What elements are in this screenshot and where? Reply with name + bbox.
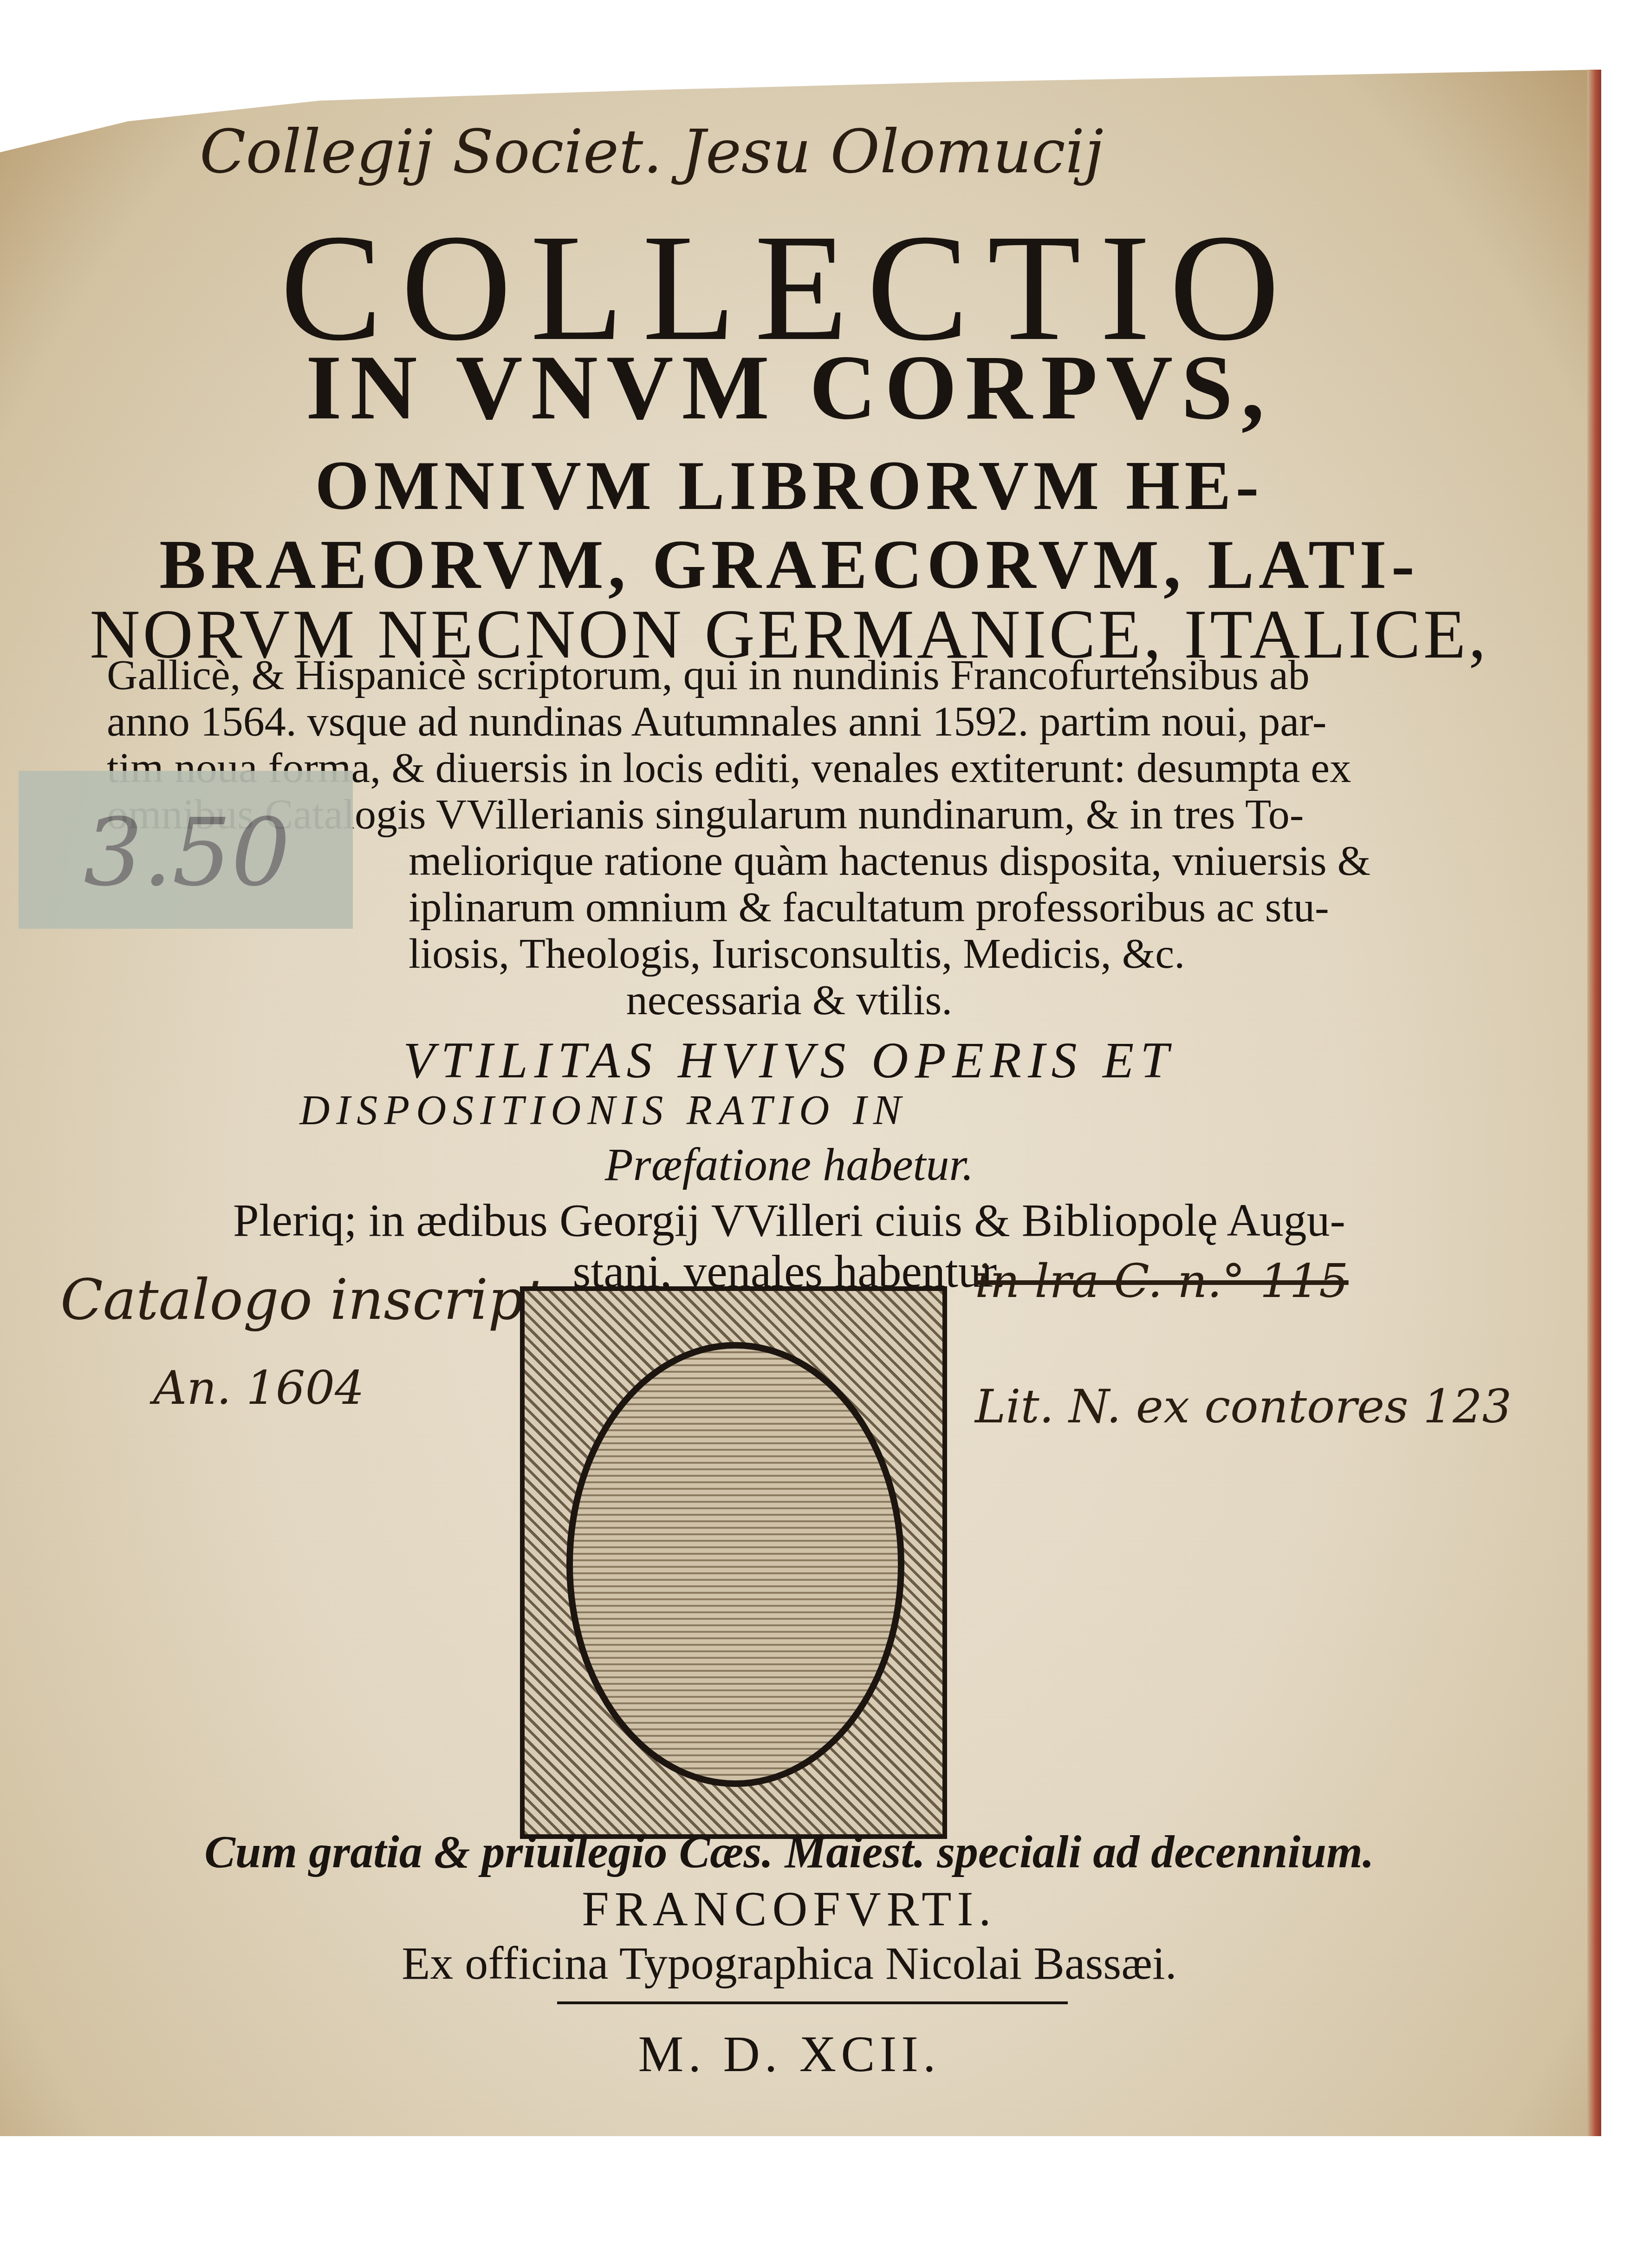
utility-line-3: Præfatione habetur.: [70, 1138, 1509, 1191]
fortuna-oval: [566, 1342, 904, 1787]
ownership-inscription: Collegij Societ. Jesu Olomucij: [200, 116, 1104, 187]
title-line-3: OMNIVM LIBRORVM HE-: [70, 446, 1509, 526]
year-note: An. 1604: [153, 1361, 364, 1415]
imprint-printer: Ex officina Typographica Nicolai Bassæi.: [70, 1936, 1509, 1990]
body-line: necessaria & vtilis.: [70, 975, 1509, 1024]
utility-line-2: DISPOSITIONIS RATIO IN: [70, 1087, 1137, 1134]
red-page-edge: [1587, 70, 1601, 2136]
divider-rule: [557, 2001, 1068, 2004]
sale-line-1: Pleriq; in ædibus Georgij VVilleri ciuis…: [70, 1193, 1509, 1247]
utility-line-1: VTILITAS HVIVS OPERIS ET: [70, 1031, 1509, 1090]
body-line: iplinarum omnium & facultatum professori…: [409, 882, 1453, 932]
body-line: Gallicè, & Hispanicè scriptorum, qui in …: [107, 650, 1453, 699]
imprint-city: FRANCOFVRTI.: [70, 1881, 1509, 1937]
body-line: anno 1564. vsque ad nundinas Autumnales …: [107, 697, 1453, 746]
shelfmark-note: Lit. N. ex contores 123: [975, 1379, 1512, 1434]
shelf-number: 3.50: [84, 799, 290, 907]
imprint-year: M. D. XCII.: [70, 2025, 1509, 2084]
body-line: meliorique ratione quàm hactenus disposi…: [409, 836, 1453, 885]
printers-device-woodcut: [520, 1286, 947, 1839]
title-line-4: BRAEORVM, GRAECORVM, LATI-: [70, 525, 1509, 605]
struck-shelfmark: in lra C. n.° 115: [975, 1254, 1349, 1308]
body-line: liosis, Theologis, Iurisconsultis, Medic…: [409, 929, 1105, 978]
privilege-line: Cum gratia & priuilegio Cæs. Maiest. spe…: [70, 1825, 1509, 1878]
title-line-2: IN VNVM CORPVS,: [70, 334, 1509, 441]
shelf-label: 3.50: [19, 771, 353, 929]
